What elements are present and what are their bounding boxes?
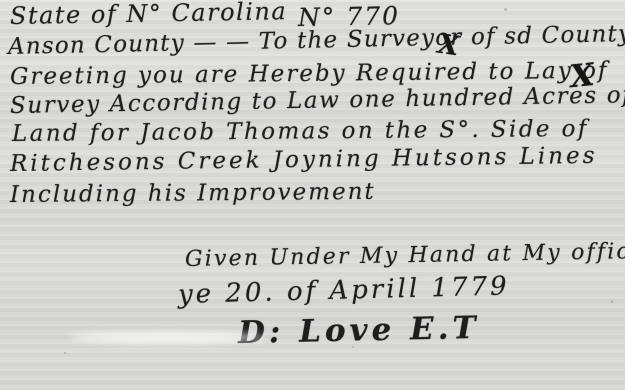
closing-line-attestation: Given Under My Hand at My office: [185, 239, 625, 272]
document-scan: State of N° Carolina N° 770 Anson County…: [0, 0, 625, 390]
paper-speck: [592, 152, 595, 154]
paper-speck: [352, 346, 354, 348]
paper-speck: [611, 300, 613, 303]
state-title: State of N° Carolina: [10, 0, 288, 30]
body-line-creek-bounds: Ritchesons Creek Joyning Hutsons Lines: [10, 143, 598, 177]
body-line-grantee: Land for Jacob Thomas on the S°. Side of: [12, 116, 589, 147]
signature: D: Love E.T: [238, 310, 480, 351]
ink-cross-mark: X: [568, 57, 596, 95]
closing-line-date: ye 20. of Aprill 1779: [178, 271, 510, 310]
ink-cross-mark: X: [436, 29, 461, 63]
paper-speck: [504, 8, 507, 11]
scan-streak: [70, 332, 265, 343]
body-line-improvement: Including his Improvement: [10, 179, 376, 208]
paper-speck: [64, 352, 66, 354]
